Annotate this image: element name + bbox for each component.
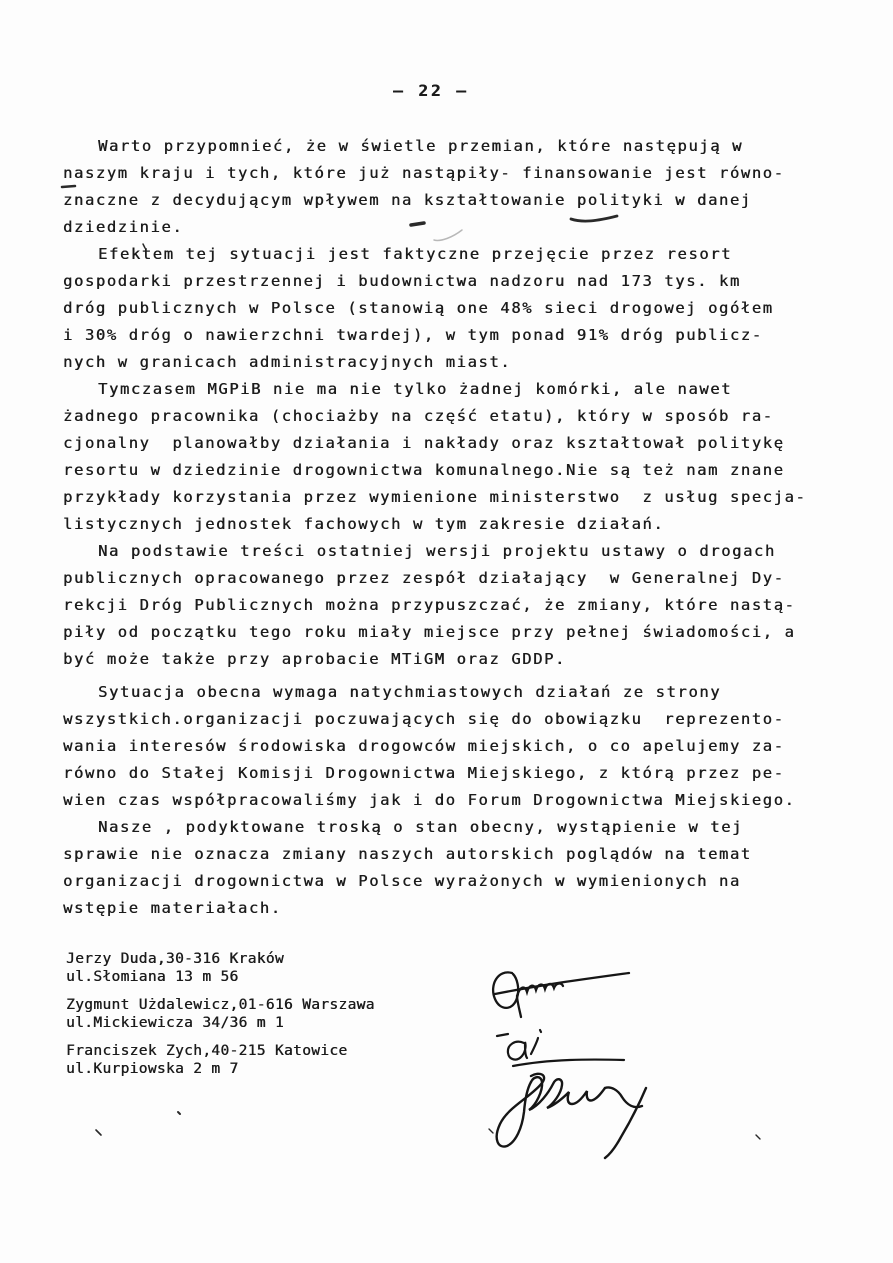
text-line: naszym kraju i tych, które już nastąpiły… bbox=[63, 160, 863, 187]
text-line: Efektem tej sytuacji jest faktyczne prze… bbox=[63, 241, 863, 268]
handwritten-signature-1 bbox=[493, 972, 629, 1017]
handwritten-signature-2 bbox=[497, 1030, 624, 1066]
text-line: być może także przy aprobacie MTiGM oraz… bbox=[63, 646, 863, 673]
signatories-block: Jerzy Duda,30-316 Kraków ul.Słomiana 13 … bbox=[66, 950, 375, 1088]
text-line: Sytuacja obecna wymaga natychmiastowych … bbox=[63, 679, 863, 706]
signatory-2: Zygmunt Użdalewicz,01-616 Warszawa ul.Mi… bbox=[66, 996, 375, 1032]
paragraph-5: Sytuacja obecna wymaga natychmiastowych … bbox=[63, 679, 863, 814]
signatory-name: Franciszek Zych,40-215 Katowice bbox=[66, 1042, 375, 1060]
paragraph-4: Na podstawie treści ostatniej wersji pro… bbox=[63, 538, 863, 673]
text-line: dziedzinie. bbox=[63, 214, 863, 241]
text-line: żadnego pracownika (chociażby na część e… bbox=[63, 403, 863, 430]
text-line: znaczne z decydującym wpływem na kształt… bbox=[63, 187, 863, 214]
text-line: równo do Stałej Komisji Drogownictwa Mie… bbox=[63, 760, 863, 787]
text-line: i 30% dróg o nawierzchni twardej), w tym… bbox=[63, 322, 863, 349]
paragraph-1: Warto przypomnieć, że w świetle przemian… bbox=[63, 133, 863, 241]
signatory-1: Jerzy Duda,30-316 Kraków ul.Słomiana 13 … bbox=[66, 950, 375, 986]
signatory-address: ul.Słomiana 13 m 56 bbox=[66, 968, 375, 986]
text-line: wania interesów środowiska drogowców mie… bbox=[63, 733, 863, 760]
signatory-name: Zygmunt Użdalewicz,01-616 Warszawa bbox=[66, 996, 375, 1014]
paragraph-2: Efektem tej sytuacji jest faktyczne prze… bbox=[63, 241, 863, 376]
text-line: Na podstawie treści ostatniej wersji pro… bbox=[63, 538, 863, 565]
text-line: listycznych jednostek fachowych w tym za… bbox=[63, 511, 863, 538]
paragraph-6: Nasze , podyktowane troską o stan obecny… bbox=[63, 814, 863, 922]
text-line: organizacji drogownictwa w Polsce wyrażo… bbox=[63, 868, 863, 895]
paragraph-3: Tymczasem MGPiB nie ma nie tylko żadnej … bbox=[63, 376, 863, 538]
text-line: wien czas współpracowaliśmy jak i do For… bbox=[63, 787, 863, 814]
page-number: – 22 – bbox=[393, 81, 469, 100]
text-line: wstępie materiałach. bbox=[63, 895, 863, 922]
text-line: dróg publicznych w Polsce (stanowią one … bbox=[63, 295, 863, 322]
text-line: sprawie nie oznacza zmiany naszych autor… bbox=[63, 841, 863, 868]
text-line: przykłady korzystania przez wymienione m… bbox=[63, 484, 863, 511]
text-line: resortu w dziedzinie drogownictwa komuna… bbox=[63, 457, 863, 484]
text-line: wszystkich.organizacji poczuwających się… bbox=[63, 706, 863, 733]
text-line: cjonalny planowałby działania i nakłady … bbox=[63, 430, 863, 457]
text-line: Tymczasem MGPiB nie ma nie tylko żadnej … bbox=[63, 376, 863, 403]
text-line: piły od początku tego roku miały miejsce… bbox=[63, 619, 863, 646]
text-line: Nasze , podyktowane troską o stan obecny… bbox=[63, 814, 863, 841]
signatory-3: Franciszek Zych,40-215 Katowice ul.Kurpi… bbox=[66, 1042, 375, 1078]
signatory-name: Jerzy Duda,30-316 Kraków bbox=[66, 950, 375, 968]
text-line: Warto przypomnieć, że w świetle przemian… bbox=[63, 133, 863, 160]
text-line: rekcji Dróg Publicznych można przypuszcz… bbox=[63, 592, 863, 619]
text-line: publicznych opracowanego przez zespół dz… bbox=[63, 565, 863, 592]
text-line: gospodarki przestrzennej i budownictwa n… bbox=[63, 268, 863, 295]
scanned-page: { "page": { "number_label": "– 22 –" }, … bbox=[0, 0, 893, 1263]
handwritten-signature-3 bbox=[497, 1074, 646, 1158]
signatory-address: ul.Kurpiowska 2 m 7 bbox=[66, 1060, 375, 1078]
document-body: Warto przypomnieć, że w świetle przemian… bbox=[63, 133, 863, 922]
text-line: nych w granicach administracyjnych miast… bbox=[63, 349, 863, 376]
signatory-address: ul.Mickiewicza 34/36 m 1 bbox=[66, 1014, 375, 1032]
